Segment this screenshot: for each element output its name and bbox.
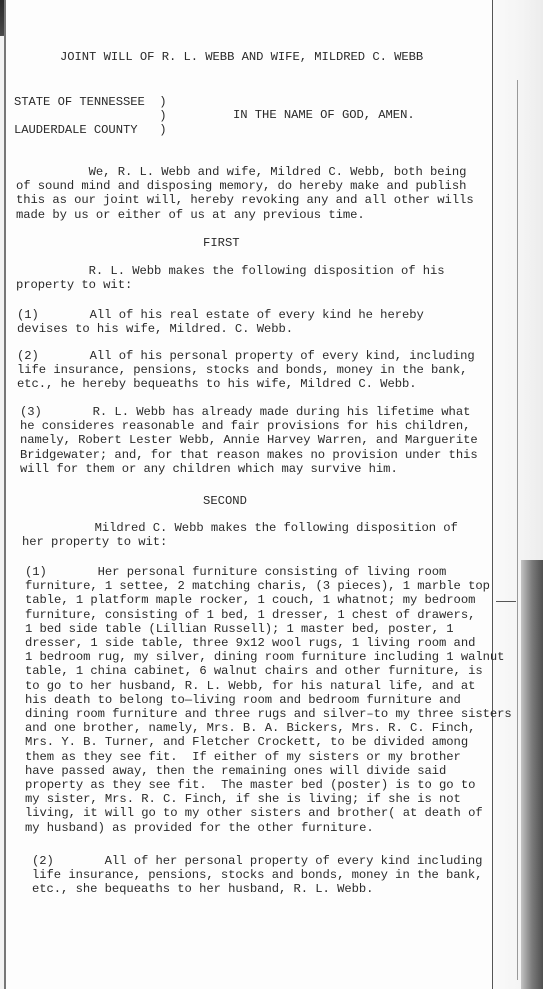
section-second-item-1: (1) Her personal furniture consisting of… (25, 565, 512, 835)
caption-state: STATE OF TENNESSEE ) (14, 95, 167, 109)
section-second-item-2: (2) All of her personal property of ever… (32, 854, 482, 897)
preamble-paragraph: We, R. L. Webb and wife, Mildred C. Webb… (16, 165, 474, 222)
caption-invocation: IN THE NAME OF GOD, AMEN. (233, 108, 415, 122)
scan-right-margin (491, 0, 543, 989)
scan-edge-shadow (521, 560, 543, 989)
section-second-intro: Mildred C. Webb makes the following disp… (22, 521, 458, 549)
section-first-item-3: (3) R. L. Webb has already made during h… (20, 405, 478, 476)
section-first-item-2: (2) All of his personal property of ever… (17, 349, 475, 392)
document-page (4, 0, 493, 989)
section-heading-first: FIRST (203, 236, 240, 250)
scan-edge-line (517, 80, 518, 980)
document-title: JOINT WILL OF R. L. WEBB AND WIFE, MILDR… (60, 50, 423, 64)
section-heading-second: SECOND (203, 494, 247, 508)
section-first-item-1: (1) All of his real estate of every kind… (17, 308, 424, 336)
caption-paren: ) (14, 109, 167, 123)
section-first-intro: R. L. Webb makes the following dispositi… (16, 264, 445, 292)
blank-line (496, 601, 516, 602)
caption-county: LAUDERDALE COUNTY ) (14, 123, 167, 137)
